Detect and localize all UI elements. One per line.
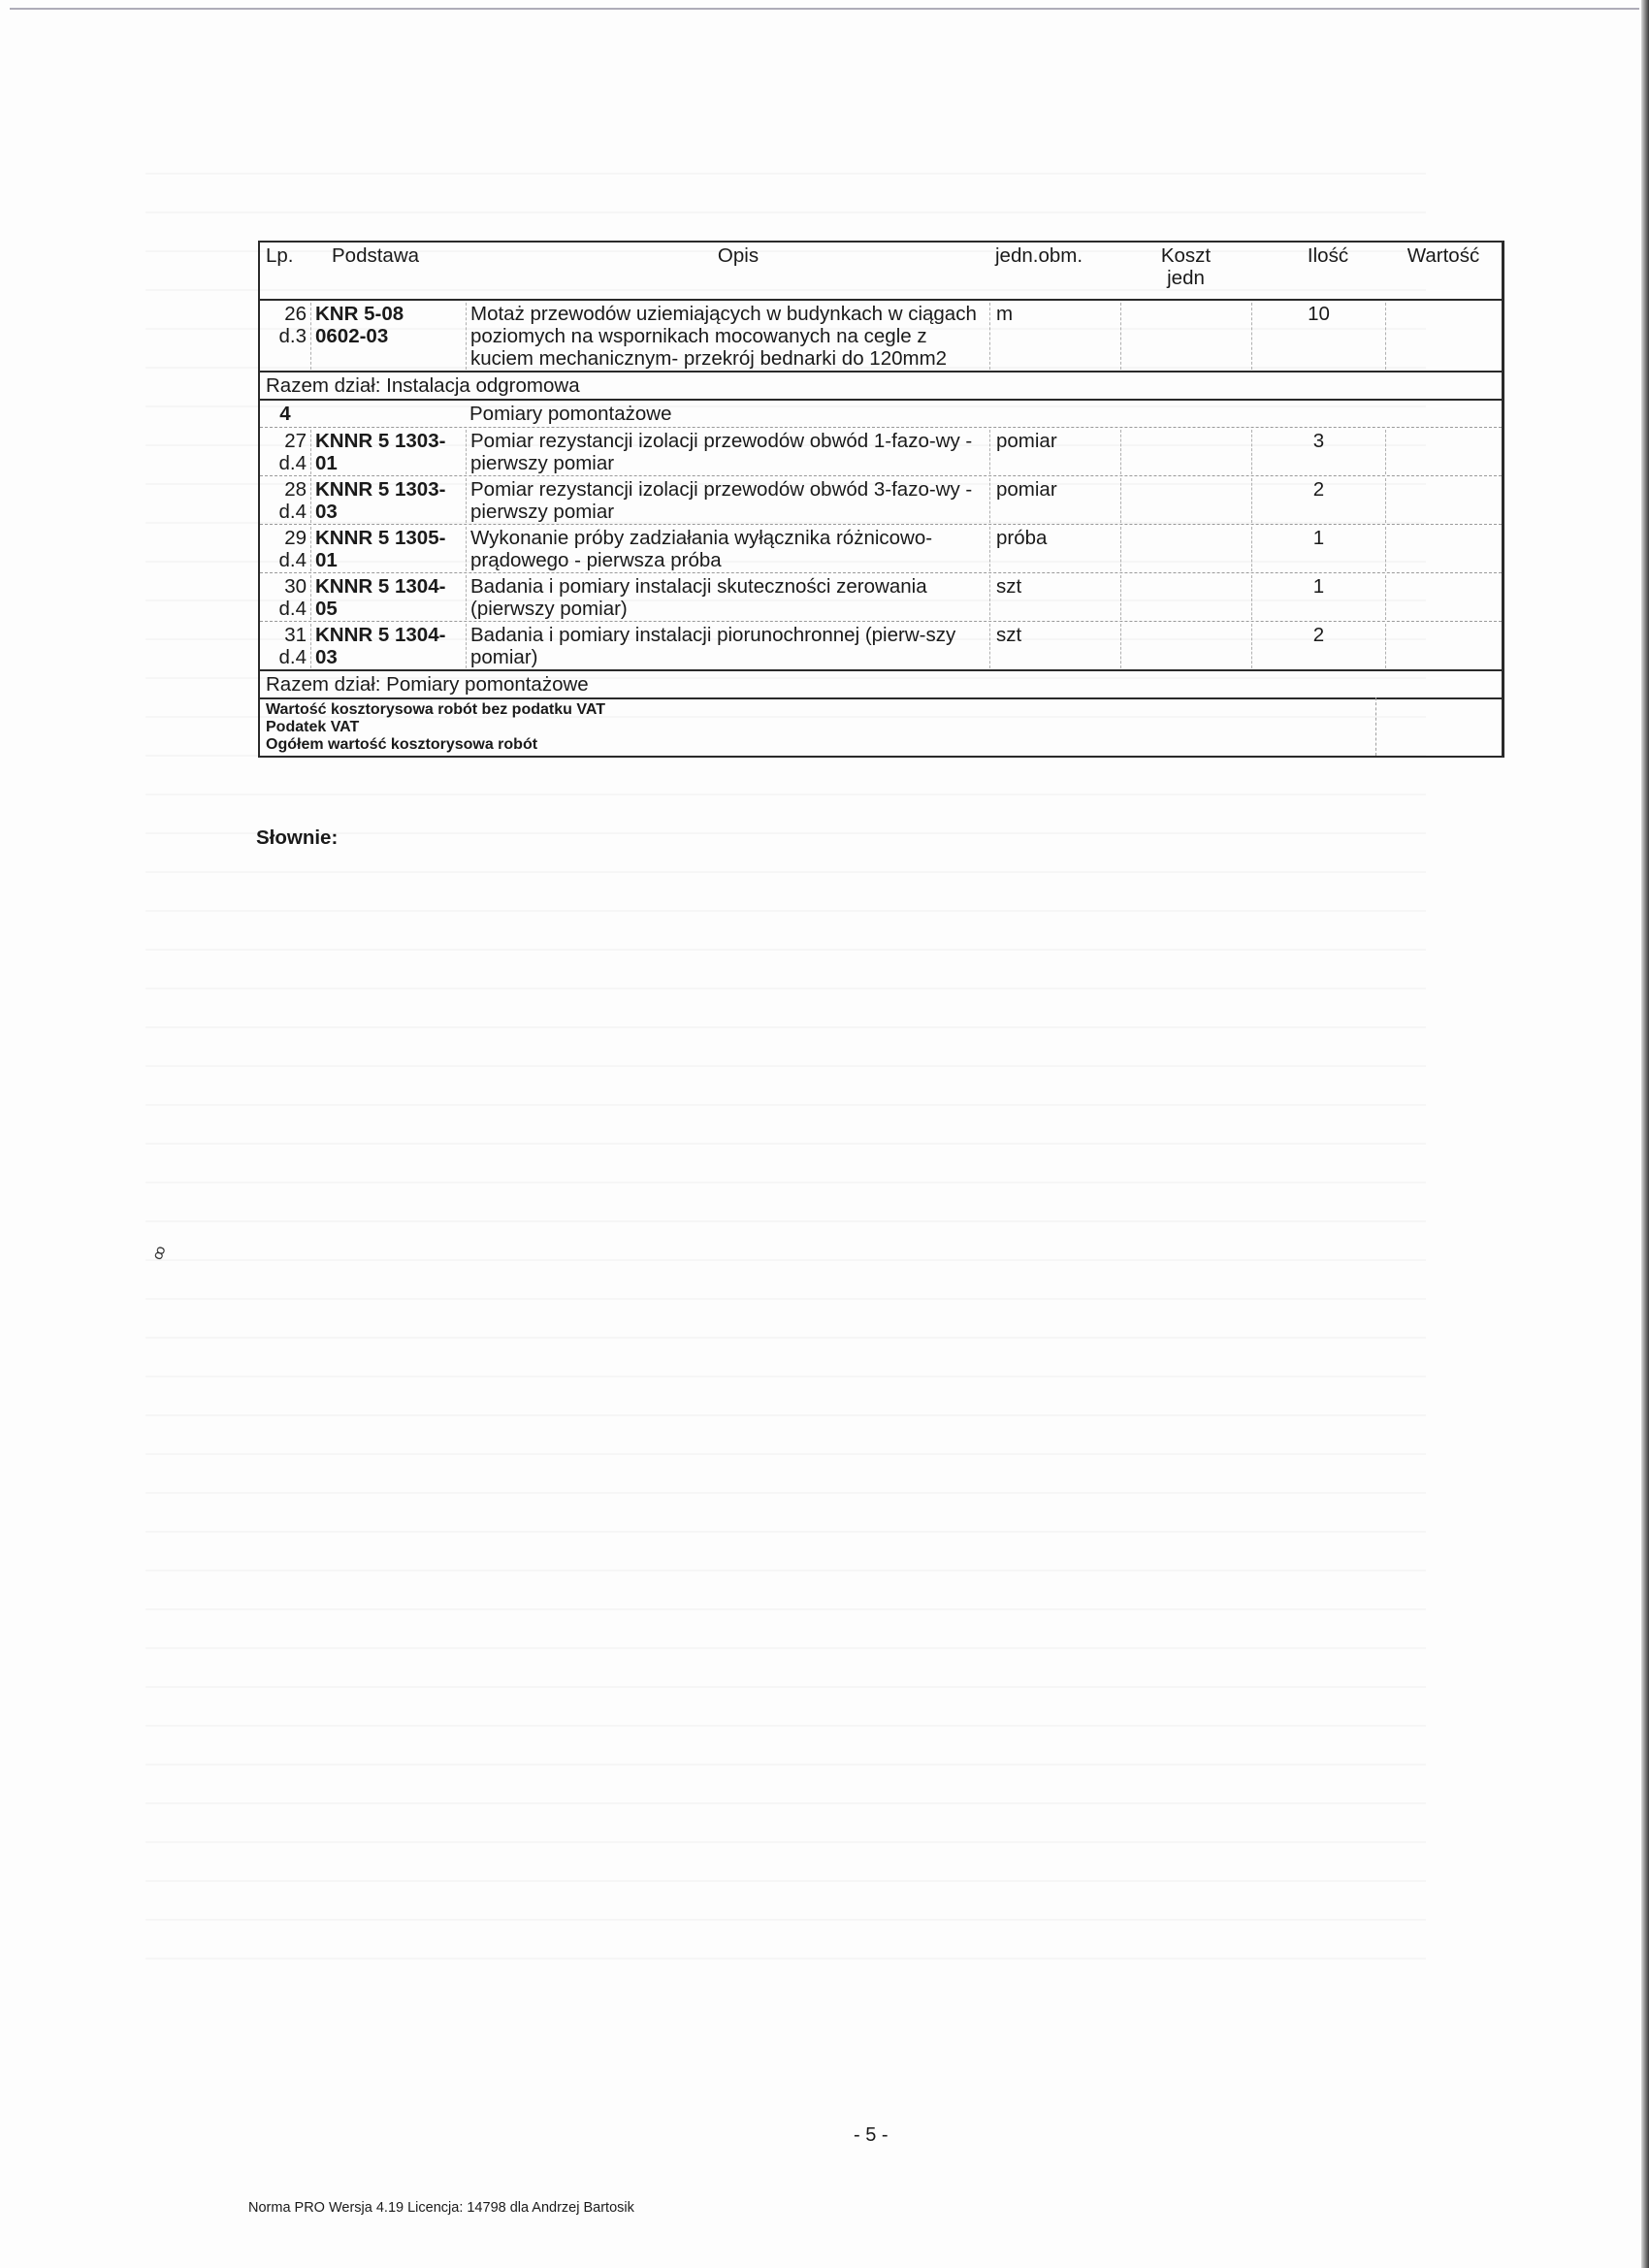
row-wartosc (1385, 303, 1502, 370)
row-wartosc (1385, 527, 1502, 571)
razem-label: Razem dział: Instalacja odgromowa (266, 374, 580, 397)
row-lp-section: d.4 (260, 646, 307, 668)
row-opis: Badania i pomiary instalacji skutecznośc… (466, 575, 989, 620)
row-podstawa-line1: KNR 5-08 (315, 303, 466, 325)
row-ilosc: 2 (1251, 478, 1385, 523)
header-opis: Opis (483, 244, 989, 299)
row-koszt (1120, 624, 1251, 668)
total-vat: Podatek VAT (266, 719, 1496, 736)
header-lp: Lp. (260, 244, 310, 299)
table-row: 28 d.4 KNNR 5 1303- 03 Pomiar rezystancj… (260, 475, 1502, 524)
row-ilosc: 10 (1251, 303, 1385, 370)
row-lp-number: 28 (260, 478, 307, 501)
razem-instalacja-odgromowa: Razem dział: Instalacja odgromowa (260, 371, 1502, 399)
row-lp-number: 26 (260, 303, 307, 325)
row-opis: Pomiar rezystancji izolacji przewodów ob… (466, 478, 989, 523)
header-koszt-line2: jedn (1120, 267, 1251, 289)
row-ilosc: 1 (1251, 527, 1385, 571)
row-opis: Motaż przewodów uziemiających w budynkac… (466, 303, 989, 370)
table-row: 26 d.3 KNR 5-08 0602-03 Motaż przewodów … (260, 299, 1502, 371)
row-podstawa-line2: 05 (315, 598, 466, 620)
row-opis: Pomiar rezystancji izolacji przewodów ob… (466, 430, 989, 474)
row-jedn: pomiar (989, 430, 1120, 474)
totals: Wartość kosztorysowa robót bez podatku V… (260, 697, 1502, 756)
row-jedn: szt (989, 624, 1120, 668)
page-number: - 5 - (854, 2124, 889, 2147)
row-lp-section: d.4 (260, 501, 307, 523)
row-lp: 29 d.4 (260, 527, 310, 571)
row-ilosc: 1 (1251, 575, 1385, 620)
section-number: 4 (260, 403, 310, 425)
razem-pomiary-pomontazowe: Razem dział: Pomiary pomontażowe (260, 669, 1502, 697)
slownie-label: Słownie: (256, 826, 338, 850)
row-jedn: pomiar (989, 478, 1120, 523)
row-opis: Badania i pomiary instalacji piorunochro… (466, 624, 989, 668)
section-title: Pomiary pomontażowe (466, 403, 989, 425)
table-row: 30 d.4 KNNR 5 1304- 05 Badania i pomiary… (260, 572, 1502, 621)
row-podstawa-line2: 01 (315, 452, 466, 474)
table-row: 29 d.4 KNNR 5 1305- 01 Wykonanie próby z… (260, 524, 1502, 572)
row-lp: 26 d.3 (260, 303, 310, 370)
razem-label: Razem dział: Pomiary pomontażowe (266, 673, 589, 696)
row-koszt (1120, 575, 1251, 620)
row-lp: 30 d.4 (260, 575, 310, 620)
row-podstawa-line2: 0602-03 (315, 325, 466, 347)
row-lp-number: 29 (260, 527, 307, 549)
row-podstawa-line1: KNNR 5 1303- (315, 478, 466, 501)
row-podstawa-line1: KNNR 5 1305- (315, 527, 466, 549)
row-lp-number: 27 (260, 430, 307, 452)
row-podstawa-line2: 01 (315, 549, 466, 571)
total-ogolem: Ogółem wartość kosztorysowa robót (266, 736, 1496, 754)
row-ilosc: 3 (1251, 430, 1385, 474)
table-row: 27 d.4 KNNR 5 1303- 01 Pomiar rezystancj… (260, 427, 1502, 475)
row-jedn: próba (989, 527, 1120, 571)
cost-estimate-table: Lp. Podstawa Opis jedn.obm. Koszt jedn I… (258, 241, 1504, 758)
header-jedn-obm: jedn.obm. (989, 244, 1120, 299)
row-jedn: m (989, 303, 1120, 370)
row-lp: 28 d.4 (260, 478, 310, 523)
row-ilosc: 2 (1251, 624, 1385, 668)
totals-block: Wartość kosztorysowa robót bez podatku V… (260, 697, 1502, 756)
row-opis: Wykonanie próby zadziałania wyłącznika r… (466, 527, 989, 571)
row-koszt (1120, 303, 1251, 370)
row-podstawa-line1: KNNR 5 1304- (315, 575, 466, 598)
software-footer: Norma PRO Wersja 4.19 Licencja: 14798 dl… (248, 2200, 634, 2216)
row-podstawa: KNR 5-08 0602-03 (310, 303, 466, 370)
row-lp-section: d.3 (260, 325, 307, 347)
row-podstawa-line1: KNNR 5 1303- (315, 430, 466, 452)
scan-edge-top (10, 8, 1639, 10)
row-wartosc (1385, 624, 1502, 668)
total-netto: Wartość kosztorysowa robót bez podatku V… (266, 701, 1496, 719)
header-podstawa: Podstawa (310, 244, 483, 299)
row-wartosc (1385, 575, 1502, 620)
row-koszt (1120, 430, 1251, 474)
row-podstawa-line1: KNNR 5 1304- (315, 624, 466, 646)
row-podstawa-line2: 03 (315, 646, 466, 668)
header-ilosc: Ilość (1251, 244, 1385, 299)
scan-edge-right (1641, 0, 1649, 2268)
row-wartosc (1385, 478, 1502, 523)
row-koszt (1120, 478, 1251, 523)
row-lp-section: d.4 (260, 598, 307, 620)
section-header: 4 Pomiary pomontażowe (260, 399, 1502, 427)
header-wartosc: Wartość (1385, 244, 1502, 299)
totals-column-divider (1375, 697, 1376, 756)
row-jedn: szt (989, 575, 1120, 620)
row-lp-section: d.4 (260, 549, 307, 571)
section-spacer (310, 403, 466, 425)
row-podstawa: KNNR 5 1305- 01 (310, 527, 466, 571)
table-row: 31 d.4 KNNR 5 1304- 03 Badania i pomiary… (260, 621, 1502, 669)
table-header: Lp. Podstawa Opis jedn.obm. Koszt jedn I… (260, 243, 1502, 299)
row-lp-number: 31 (260, 624, 307, 646)
header-koszt-line1: Koszt (1120, 244, 1251, 267)
row-lp-number: 30 (260, 575, 307, 598)
row-wartosc (1385, 430, 1502, 474)
row-lp: 31 d.4 (260, 624, 310, 668)
row-lp-section: d.4 (260, 452, 307, 474)
row-podstawa: KNNR 5 1303- 01 (310, 430, 466, 474)
row-lp: 27 d.4 (260, 430, 310, 474)
row-podstawa: KNNR 5 1303- 03 (310, 478, 466, 523)
row-koszt (1120, 527, 1251, 571)
row-podstawa: KNNR 5 1304- 03 (310, 624, 466, 668)
header-koszt-jedn: Koszt jedn (1120, 244, 1251, 299)
row-podstawa-line2: 03 (315, 501, 466, 523)
row-podstawa: KNNR 5 1304- 05 (310, 575, 466, 620)
